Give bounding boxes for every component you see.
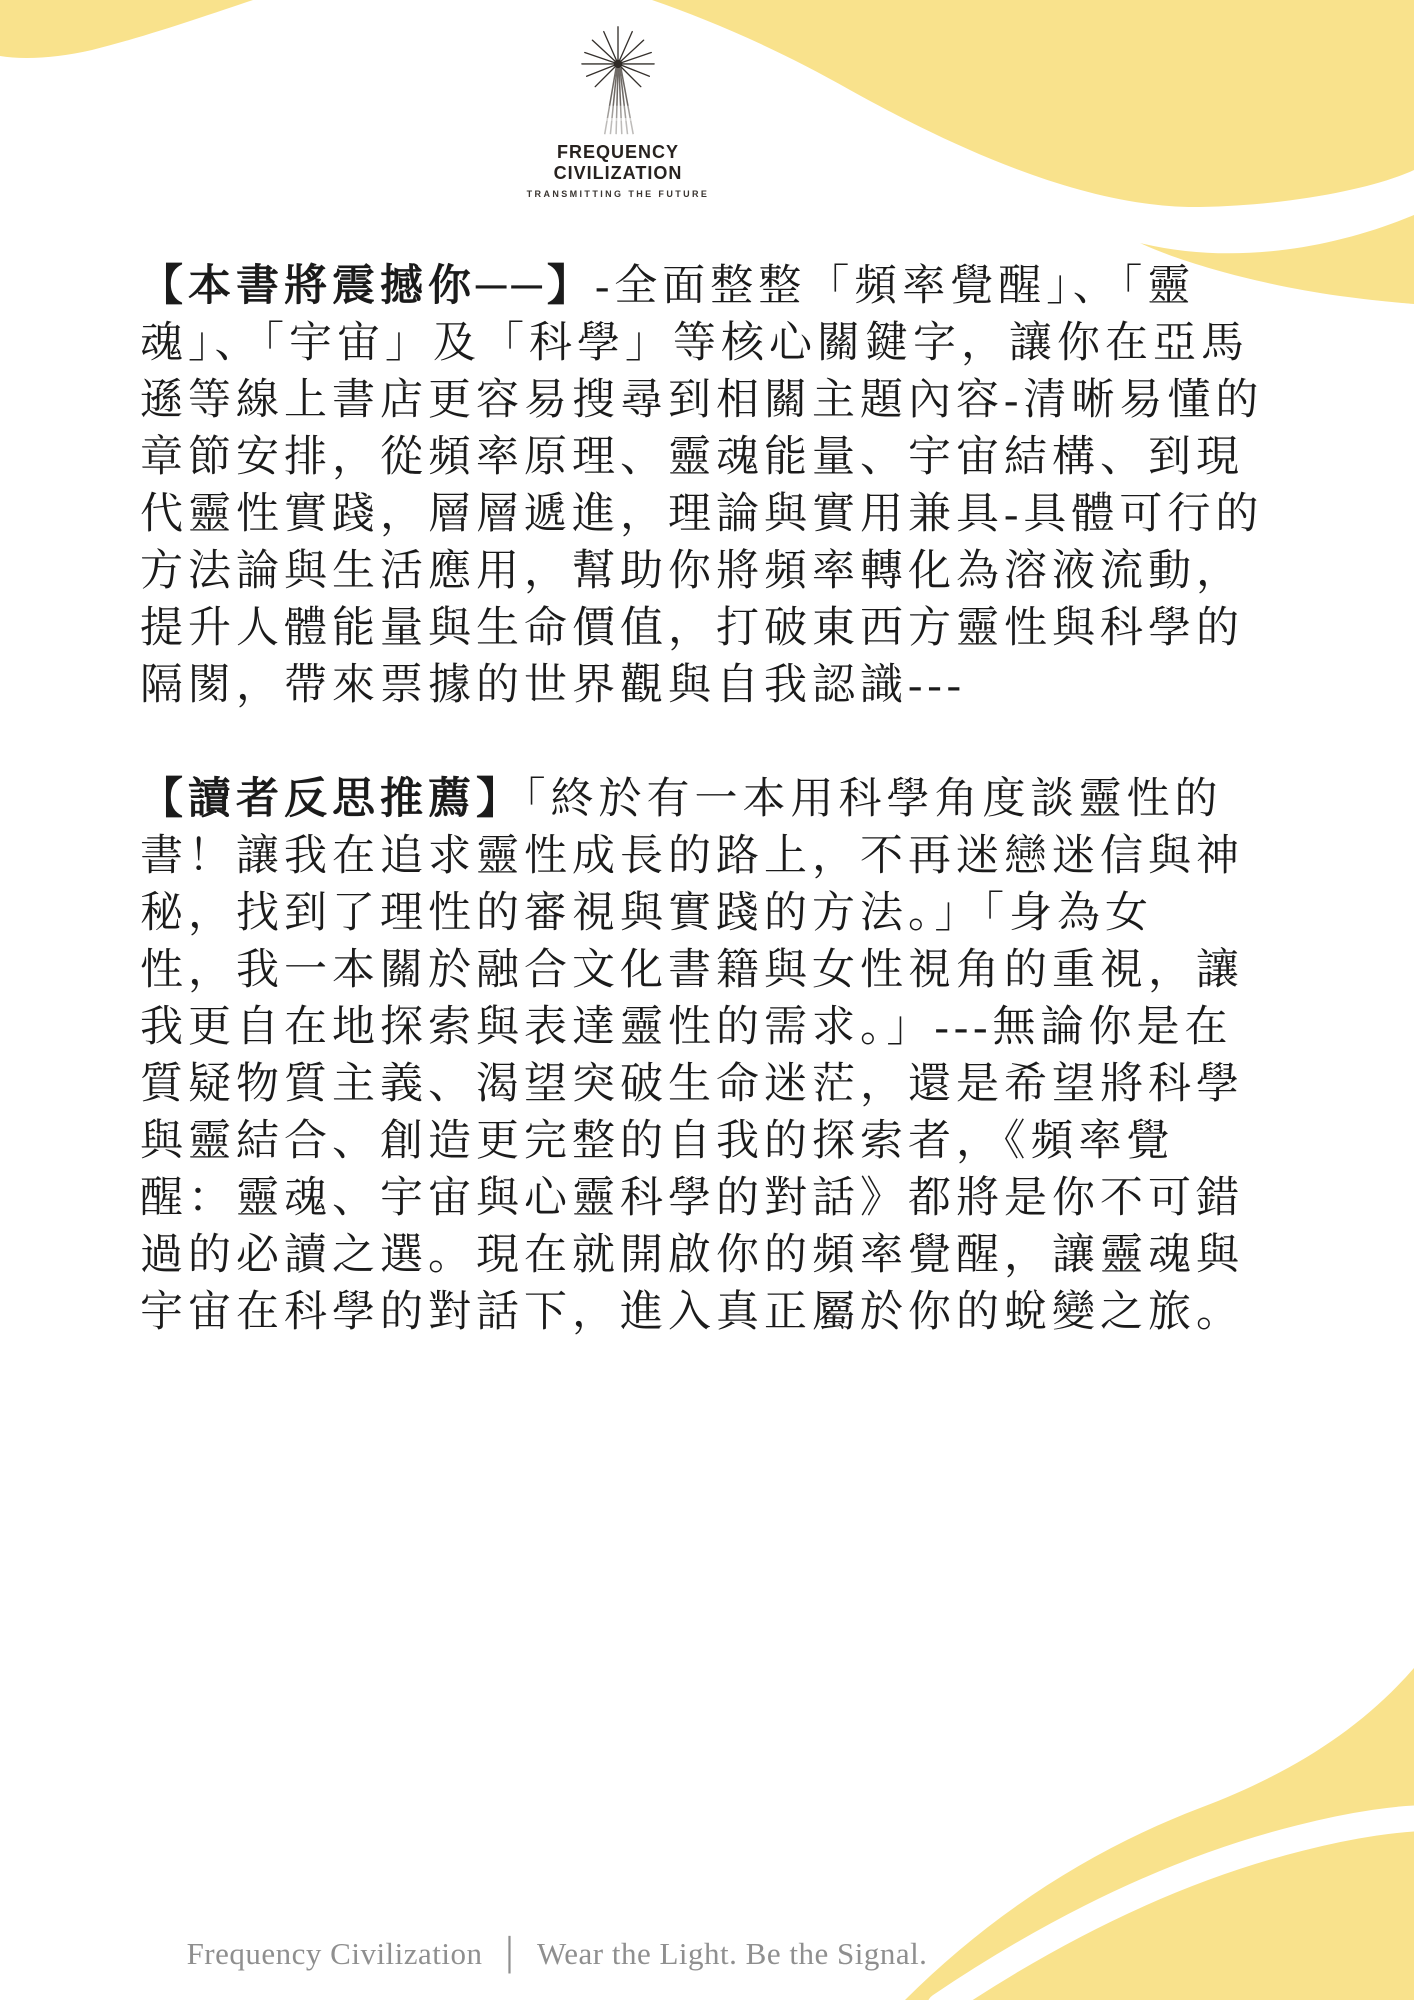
text-line: 代靈性實踐，層層遞進，理論與實用兼具-具體可行的 — [140, 486, 1292, 543]
footer-brand: Frequency Civilization — [187, 1936, 483, 1971]
text-line: 質疑物質主義、渴望突破生命迷茫，還是希望將科學 — [140, 1056, 1292, 1113]
text-line: 過的必讀之選。現在就開啟你的頻率覺醒，讓靈魂與 — [140, 1227, 1292, 1284]
top-right-wave — [652, 0, 1414, 207]
footer-separator: │ — [499, 1936, 521, 1971]
paragraph-reader-reviews: 【讀者反思推薦】「終於有一本用科學角度談靈性的書！讓我在追求靈性成長的路上，不再… — [140, 771, 1292, 1341]
text-line: 書！讓我在追求靈性成長的路上，不再迷戀迷信與神 — [140, 828, 1292, 885]
body-copy: 【本書將震撼你──】-全面整整「頻率覺醒」、「靈魂」、「宇宙」及「科學」等核心關… — [140, 258, 1292, 1341]
text-line: 提升人體能量與生命價值，打破東西方靈性與科學的 — [140, 600, 1292, 657]
text-line: 醒：靈魂、宇宙與心靈科學的對話》都將是你不可錯 — [140, 1170, 1292, 1227]
text-line: 與靈結合、創造更完整的自我的探索者，《頻率覺 — [140, 1113, 1292, 1170]
brand-name-line2: CIVILIZATION — [479, 163, 757, 184]
text-line: 隔閡，帶來票據的世界觀與自我認識--- — [140, 657, 1292, 714]
flyer-page: FREQUENCY CIVILIZATION TRANSMITTING THE … — [0, 0, 1414, 2000]
section-heading: 【本書將震撼你──】 — [140, 263, 595, 310]
text-line: 魂」、「宇宙」及「科學」等核心關鍵字，讓你在亞馬 — [140, 315, 1292, 372]
text-line: 我更自在地探索與表達靈性的需求。」---無論你是在 — [140, 999, 1292, 1056]
text-line: 章節安排，從頻率原理、靈魂能量、宇宙結構、到現 — [140, 429, 1292, 486]
paragraph-book-highlights: 【本書將震撼你──】-全面整整「頻率覺醒」、「靈魂」、「宇宙」及「科學」等核心關… — [140, 258, 1292, 714]
starburst-beacon-icon — [550, 24, 686, 138]
text-line: 宇宙在科學的對話下，進入真正屬於你的蛻變之旅。 — [140, 1284, 1292, 1341]
text-line: 方法論與生活應用，幫助你將頻率轉化為溶液流動， — [140, 543, 1292, 600]
footer: Frequency Civilization│Wear the Light. B… — [0, 1932, 1264, 1976]
brand-name: FREQUENCY CIVILIZATION — [479, 142, 757, 184]
brand-tagline: TRANSMITTING THE FUTURE — [479, 189, 757, 199]
top-left-wave — [0, 0, 253, 58]
footer-slogan: Wear the Light. Be the Signal. — [537, 1936, 927, 1971]
brand-name-line1: FREQUENCY — [479, 142, 757, 163]
section-heading: 【讀者反思推薦】 — [140, 776, 524, 823]
brand-logo: FREQUENCY CIVILIZATION TRANSMITTING THE … — [479, 24, 757, 199]
text-line: 性，我一本關於融合文化書籍與女性視角的重視，讓 — [140, 942, 1292, 999]
text-line: 秘，找到了理性的審視與實踐的方法。」「身為女 — [140, 885, 1292, 942]
text-line: 遜等線上書店更容易搜尋到相關主題內容-清晰易懂的 — [140, 372, 1292, 429]
text-line: 【讀者反思推薦】「終於有一本用科學角度談靈性的 — [140, 771, 1292, 828]
text-line: 【本書將震撼你──】-全面整整「頻率覺醒」、「靈 — [140, 258, 1292, 315]
